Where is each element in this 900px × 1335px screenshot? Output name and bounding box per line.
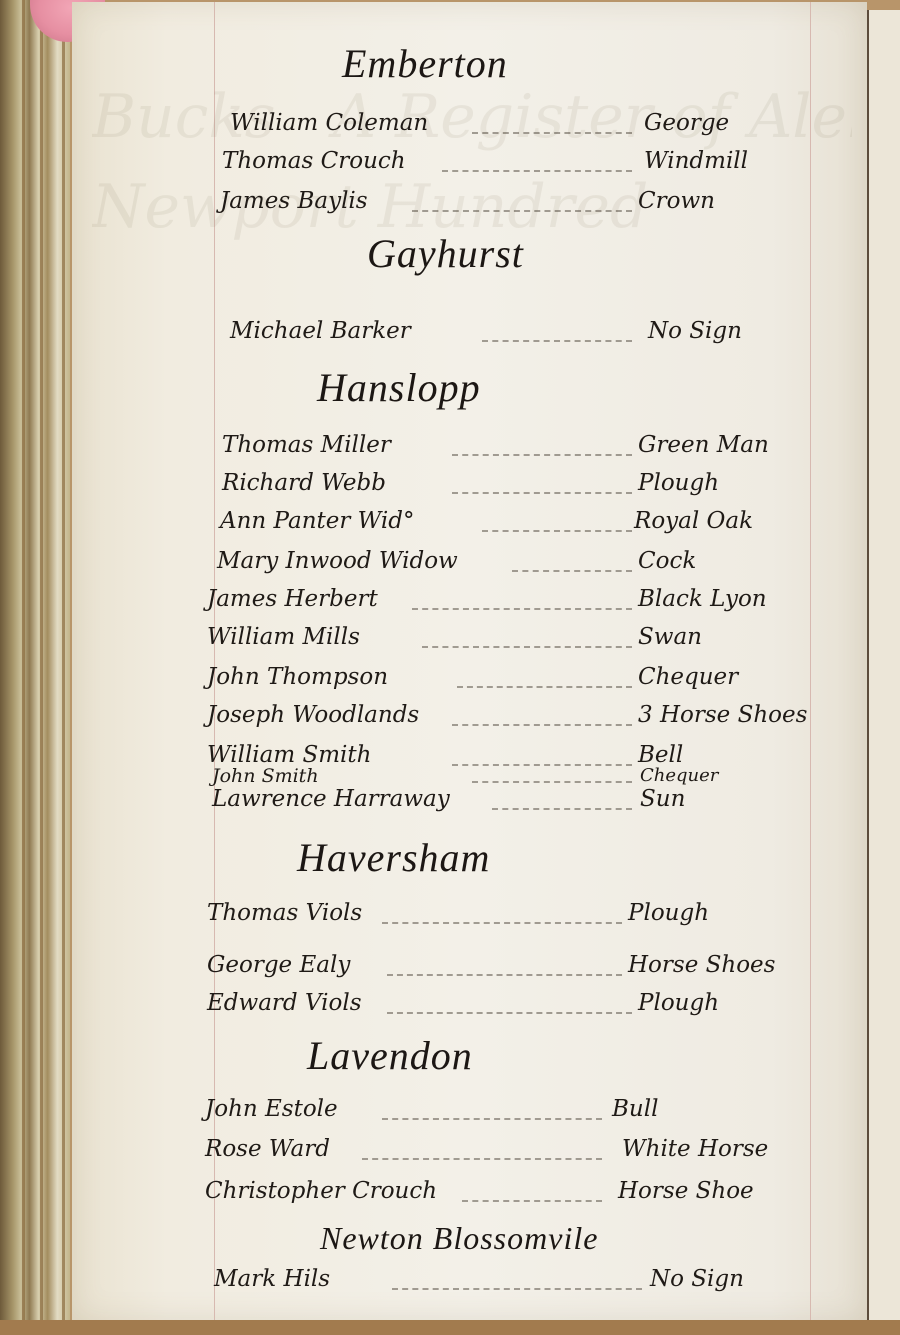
inn-sign: 3 Horse Shoes xyxy=(638,702,807,728)
licensee-name: Christopher Crouch xyxy=(205,1178,437,1204)
binding-edge-line xyxy=(62,0,65,1335)
dotted-leader xyxy=(482,530,632,532)
inn-sign: Crown xyxy=(638,188,715,214)
licensee-name: William Coleman xyxy=(230,110,428,136)
binding-edge-line xyxy=(22,0,25,1335)
table-row: John Estole Bull xyxy=(72,1096,867,1132)
licensee-name: Edward Viols xyxy=(207,990,362,1016)
dotted-leader xyxy=(472,781,632,783)
inn-sign: Plough xyxy=(628,900,709,926)
licensee-name: Lawrence Harraway xyxy=(212,786,450,812)
dotted-leader xyxy=(412,210,632,212)
dotted-leader xyxy=(392,1288,642,1290)
dotted-leader xyxy=(422,646,632,648)
adjacent-page-edge xyxy=(867,10,900,1320)
ledger-page: Bucks A Register of AlehousesNewport Hun… xyxy=(72,2,867,1320)
licensee-name: Mary Inwood Widow xyxy=(217,548,458,574)
table-row: Thomas Viols Plough xyxy=(72,900,867,936)
table-row: Michael Barker No Sign xyxy=(72,318,867,354)
licensee-name: George Ealy xyxy=(207,952,350,978)
parish-heading: Lavendon xyxy=(307,1032,473,1079)
dotted-leader xyxy=(452,492,632,494)
binding-edge-line xyxy=(40,0,43,1335)
parish-heading: Hanslopp xyxy=(317,364,481,411)
licensee-name: Richard Webb xyxy=(222,470,386,496)
inn-sign: Windmill xyxy=(644,148,748,174)
inn-sign: Chequer xyxy=(638,664,738,690)
table-row: James Herbert Black Lyon xyxy=(72,586,867,622)
parish-heading: Gayhurst xyxy=(367,230,524,277)
inn-sign: No Sign xyxy=(650,1266,744,1292)
inn-sign: George xyxy=(644,110,729,136)
inn-sign: Cock xyxy=(638,548,696,574)
table-row: Rose Ward White Horse xyxy=(72,1136,867,1172)
inn-sign: Black Lyon xyxy=(638,586,767,612)
dotted-leader xyxy=(452,454,632,456)
table-row: Thomas Miller Green Man xyxy=(72,432,867,468)
inn-sign: Horse Shoe xyxy=(618,1178,754,1204)
licensee-name: James Baylis xyxy=(220,188,368,214)
table-row: William Mills Swan xyxy=(72,624,867,660)
licensee-name: Ann Panter Wid° xyxy=(220,508,415,534)
table-row: Richard Webb Plough xyxy=(72,470,867,506)
licensee-name: Mark Hils xyxy=(214,1266,330,1292)
inn-sign: Plough xyxy=(638,470,719,496)
table-surface xyxy=(0,1320,900,1335)
parish-heading: Emberton xyxy=(342,40,508,87)
dotted-leader xyxy=(492,808,632,810)
inn-sign: Swan xyxy=(638,624,702,650)
table-row: John Thompson Chequer xyxy=(72,664,867,700)
inn-sign: Horse Shoes xyxy=(628,952,775,978)
inn-sign: Chequer xyxy=(640,765,718,786)
inn-sign: Bull xyxy=(612,1096,658,1122)
parish-heading: Haversham xyxy=(297,834,490,881)
dotted-leader xyxy=(462,1200,602,1202)
table-row: George Ealy Horse Shoes xyxy=(72,952,867,988)
table-row: Edward Viols Plough xyxy=(72,990,867,1026)
table-row: Thomas Crouch Windmill xyxy=(72,148,867,184)
licensee-name: William Mills xyxy=(207,624,360,650)
licensee-name: Joseph Woodlands xyxy=(207,702,419,728)
dotted-leader xyxy=(387,974,622,976)
dotted-leader xyxy=(512,570,632,572)
inn-sign: Royal Oak xyxy=(634,508,753,534)
dotted-leader xyxy=(387,1012,632,1014)
inn-sign: Green Man xyxy=(638,432,769,458)
dotted-leader xyxy=(412,608,632,610)
dotted-leader xyxy=(482,340,632,342)
table-row: Lawrence Harraway Sun xyxy=(72,786,867,822)
inn-sign: White Horse xyxy=(622,1136,768,1162)
licensee-name: Rose Ward xyxy=(205,1136,330,1162)
licensee-name: Thomas Miller xyxy=(222,432,391,458)
table-row: James Baylis Crown xyxy=(72,188,867,224)
licensee-name: John Smith xyxy=(212,765,319,787)
licensee-name: Thomas Crouch xyxy=(222,148,406,174)
dotted-leader xyxy=(362,1158,602,1160)
inn-sign: Plough xyxy=(638,990,719,1016)
book-binding xyxy=(0,0,70,1335)
inn-sign: No Sign xyxy=(648,318,742,344)
table-row: Ann Panter Wid° Royal Oak xyxy=(72,508,867,544)
inn-sign: Sun xyxy=(640,786,685,812)
licensee-name: James Herbert xyxy=(207,586,378,612)
licensee-name: John Estole xyxy=(205,1096,338,1122)
licensee-name: Thomas Viols xyxy=(207,900,362,926)
parish-heading: Newton Blossomvile xyxy=(320,1220,598,1257)
table-row: William Coleman George xyxy=(72,110,867,146)
licensee-name: John Thompson xyxy=(207,664,388,690)
table-row: Mary Inwood Widow Cock xyxy=(72,548,867,584)
dotted-leader xyxy=(472,132,632,134)
licensee-name: Michael Barker xyxy=(230,318,411,344)
table-row: Mark Hils No Sign xyxy=(72,1266,867,1302)
dotted-leader xyxy=(457,686,632,688)
dotted-leader xyxy=(382,922,622,924)
table-row: Joseph Woodlands 3 Horse Shoes xyxy=(72,702,867,738)
dotted-leader xyxy=(382,1118,602,1120)
dotted-leader xyxy=(452,724,632,726)
table-row: Christopher Crouch Horse Shoe xyxy=(72,1178,867,1214)
dotted-leader xyxy=(442,170,632,172)
